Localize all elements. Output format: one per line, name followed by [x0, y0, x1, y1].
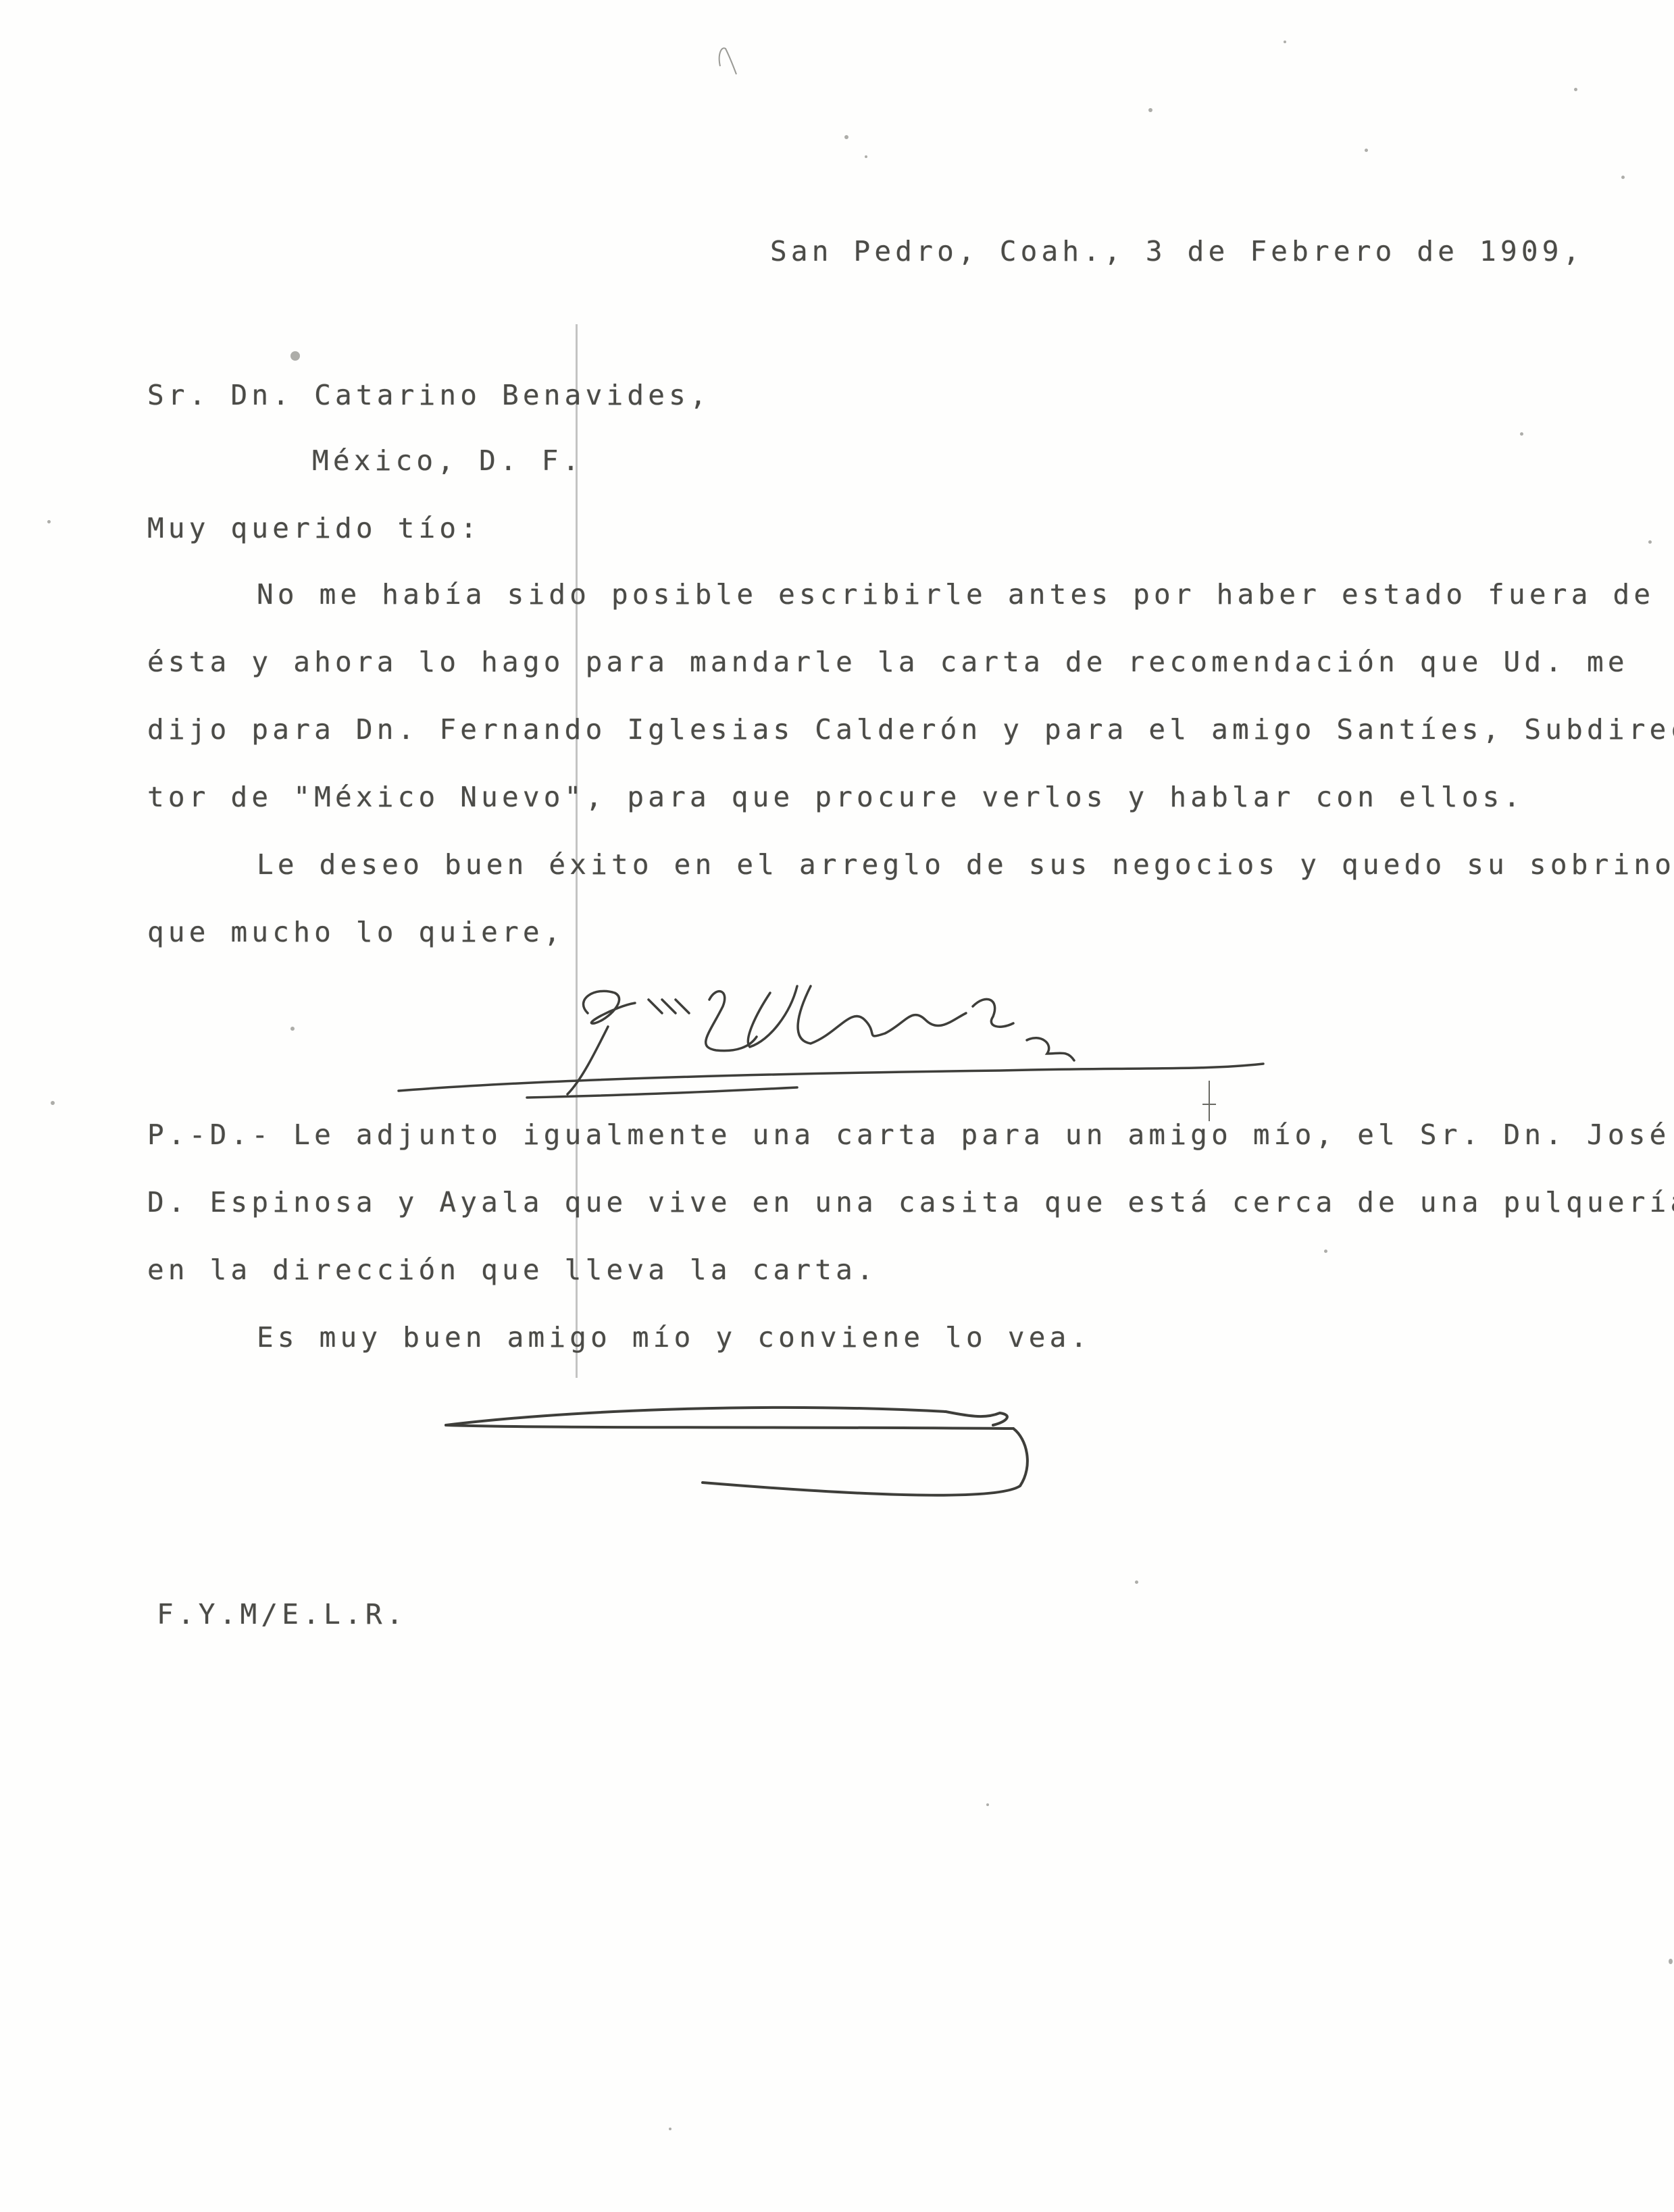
body-line: que mucho lo quiere,	[147, 919, 565, 946]
body-line: Le deseo buen éxito en el arreglo de sus…	[257, 851, 1674, 879]
speckle	[1284, 41, 1286, 43]
speckle	[51, 1101, 55, 1105]
speckle	[1669, 1959, 1673, 1964]
signature-icon	[392, 959, 1270, 1121]
speckle	[1648, 540, 1652, 544]
body-line: tor de "México Nuevo", para que procure …	[147, 783, 1524, 811]
body-line: ésta y ahora lo hago para mandarle la ca…	[147, 648, 1629, 676]
body-line: dijo para Dn. Fernando Iglesias Calderón…	[147, 716, 1674, 744]
place-date: San Pedro, Coah., 3 de Febrero de 1909,	[770, 238, 1583, 265]
postscript-line: P.-D.- Le adjunto igualmente una carta p…	[147, 1121, 1671, 1149]
speckle	[47, 520, 51, 523]
speckle	[986, 1803, 989, 1806]
speckle	[865, 155, 867, 158]
body-line: No me había sido posible escribirle ante…	[257, 581, 1654, 609]
speckle	[844, 135, 848, 139]
speckle	[669, 2128, 671, 2130]
speckle	[1135, 1580, 1138, 1584]
speckle	[1324, 1250, 1327, 1253]
speckle	[1621, 176, 1625, 179]
speckle	[1520, 432, 1523, 436]
speckle	[1148, 108, 1152, 112]
postscript-line: Es muy buen amigo mío y conviene lo vea.	[257, 1324, 1091, 1352]
pencil-mark-icon	[716, 41, 743, 81]
speckle	[1365, 149, 1368, 152]
speckle	[290, 351, 300, 361]
postscript-line: en la dirección que lleva la carta.	[147, 1256, 878, 1284]
recipient-name: Sr. Dn. Catarino Benavides,	[147, 382, 711, 409]
reference-initials: F.Y.M/E.L.R.	[157, 1601, 407, 1628]
salutation: Muy querido tío:	[147, 515, 481, 542]
speckle	[290, 1027, 295, 1031]
signature-flourish-icon	[419, 1398, 1162, 1506]
speckle	[1574, 88, 1577, 91]
letter-page: San Pedro, Coah., 3 de Febrero de 1909, …	[0, 0, 1674, 2212]
recipient-city: México, D. F.	[312, 447, 584, 475]
postscript-line: D. Espinosa y Ayala que vive en una casi…	[147, 1189, 1674, 1216]
